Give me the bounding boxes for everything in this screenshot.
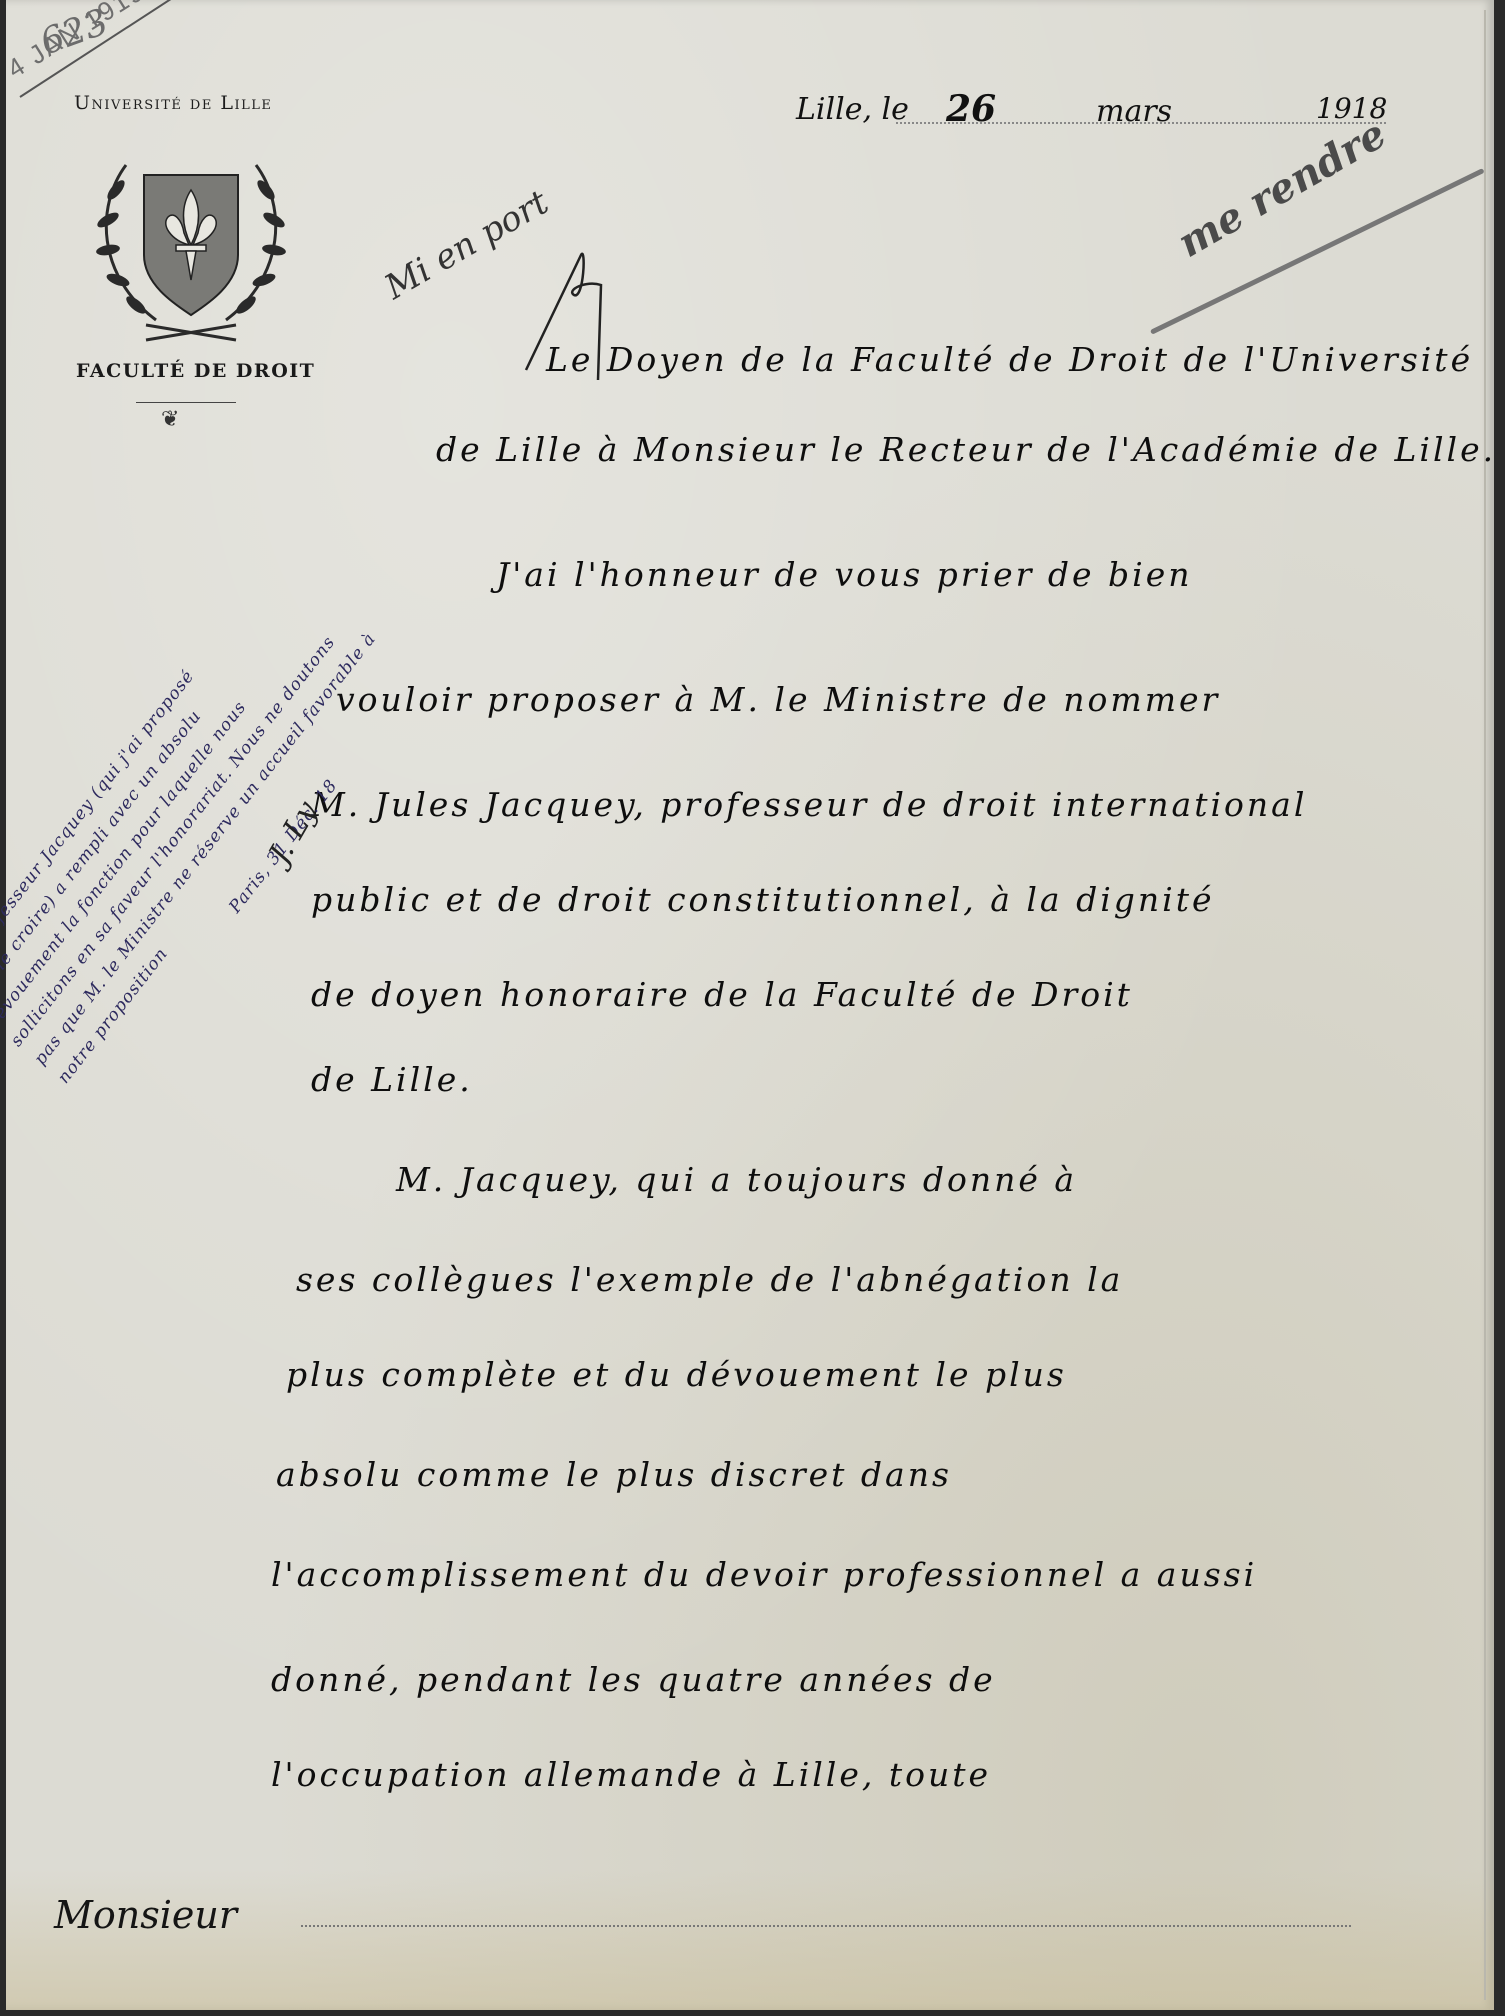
paragraph2-line-3: plus complète et du dévouement le plus	[286, 1355, 1067, 1394]
paragraph2-line-5: l'accomplissement du devoir professionne…	[271, 1555, 1257, 1594]
margin-note: M. le professeur Jacquey (qui j'ai propo…	[0, 539, 560, 1202]
letterhead-rule	[136, 402, 236, 403]
paper-edge	[1484, 10, 1486, 2000]
paragraph2-line-7: l'occupation allemande à Lille, toute	[271, 1755, 991, 1794]
letterhead-university: Université de Lille	[74, 92, 272, 114]
paragraph2-line-6: donné, pendant les quatre années de	[271, 1660, 996, 1699]
dateline-day: 26	[946, 88, 996, 130]
dateline-month: mars	[1096, 94, 1172, 129]
address-line-1: Le Doyen de la Faculté de Droit de l'Uni…	[546, 340, 1473, 379]
paper-discoloration	[6, 1870, 1494, 2010]
footer-dotted-rule	[301, 1925, 1351, 1927]
footer-salutation: Monsieur	[54, 1893, 237, 1937]
dateline-city: Lille, le	[796, 92, 909, 127]
paragraph1-line-5: de doyen honoraire de la Faculté de Droi…	[311, 975, 1133, 1014]
address-line-2: de Lille à Monsieur le Recteur de l'Acad…	[436, 430, 1496, 469]
paragraph2-line-2: ses collègues l'exemple de l'abnégation …	[296, 1260, 1123, 1299]
stamp-date: 4 JAN 1919	[2, 0, 151, 85]
ornament-icon: ❦	[161, 407, 179, 432]
letter-page: 623 4 JAN 1919 Université de Lille	[6, 0, 1494, 2010]
pencil-annotation: me rendre	[1170, 110, 1394, 267]
letterhead-faculty: FACULTÉ DE DROIT	[76, 360, 315, 382]
paragraph2-line-4: absolu comme le plus discret dans	[276, 1455, 952, 1494]
paragraph1-line-1: J'ai l'honneur de vous prier de bien	[496, 555, 1193, 594]
paragraph2-line-1: M. Jacquey, qui a toujours donné à	[396, 1160, 1077, 1199]
dateline: Lille, le 26 mars 1918	[796, 92, 1396, 132]
paragraph1-line-6: de Lille.	[311, 1060, 473, 1099]
fleur-de-lis-crest-icon	[86, 145, 296, 345]
